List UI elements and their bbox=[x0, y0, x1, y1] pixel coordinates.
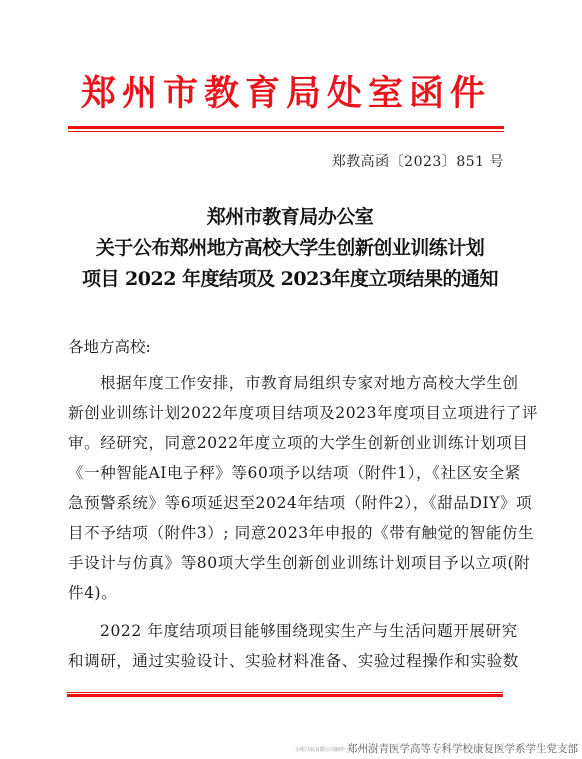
paragraph-1-line: 新创业训练计划2022年度项目结项及2023年度项目立项进行了评 bbox=[68, 398, 508, 428]
notice-title-line-2: 关于公布郑州地方高校大学生创新创业训练计划 bbox=[40, 233, 540, 264]
paragraph-2-line: 2022 年度结项项目能够围绕现实生产与生活问题开展研究 bbox=[68, 616, 508, 646]
paragraph-1-line: 手设计与仿真》等80项大学生创新创业训练计划项目予以立项(附 bbox=[68, 548, 508, 578]
paragraph-2-line: 和调研，通过实验设计、实验材料准备、实验过程操作和实验数 bbox=[68, 646, 508, 676]
document-number: 郑教高函〔2023〕851 号 bbox=[332, 151, 504, 171]
paragraph-1-line: 审。经研究，同意2022年度立项的大学生创新创业训练计划项目 bbox=[68, 428, 508, 458]
paragraph-gap bbox=[68, 608, 508, 616]
watermark: 小组马钛有限公司制作郑州澍青医学高等专科学校康复医学系学生党支部 bbox=[295, 741, 578, 756]
letterhead-rule-thick bbox=[68, 126, 504, 129]
letterhead-rule-thin bbox=[68, 131, 504, 132]
notice-title-line-3: 项目 2022 年度结项及 2023年度立项结果的通知 bbox=[40, 264, 540, 295]
letterhead-title: 郑州市教育局处室函件 bbox=[68, 72, 504, 116]
salutation: 各地方高校: bbox=[68, 337, 151, 357]
body-text: 根据年度工作安排，市教育局组织专家对地方高校大学生创 新创业训练计划2022年度… bbox=[68, 368, 508, 676]
watermark-text: 郑州澍青医学高等专科学校康复医学系学生党支部 bbox=[347, 743, 578, 755]
paragraph-1-line: 《一种智能AI电子秤》等60项予以结项（附件1），《社区安全紧 bbox=[68, 458, 508, 488]
notice-title: 郑州市教育局办公室 关于公布郑州地方高校大学生创新创业训练计划 项目 2022 … bbox=[40, 202, 540, 295]
paragraph-1-line: 目不予结项（附件3）; 同意2023年申报的《带有触觉的智能仿生 bbox=[68, 518, 508, 548]
footer-rule-thin bbox=[67, 692, 503, 693]
paragraph-1-line: 根据年度工作安排，市教育局组织专家对地方高校大学生创 bbox=[68, 368, 508, 398]
paragraph-1-line: 急预警系统》等6项延迟至2024年结项（附件2），《甜品DIY》项 bbox=[68, 488, 508, 518]
paragraph-1-line: 件4)。 bbox=[68, 578, 508, 608]
watermark-small-text: 小组马钛有限公司制作 bbox=[295, 747, 345, 753]
notice-title-line-1: 郑州市教育局办公室 bbox=[40, 202, 540, 233]
footer-rule-thick bbox=[67, 694, 503, 697]
